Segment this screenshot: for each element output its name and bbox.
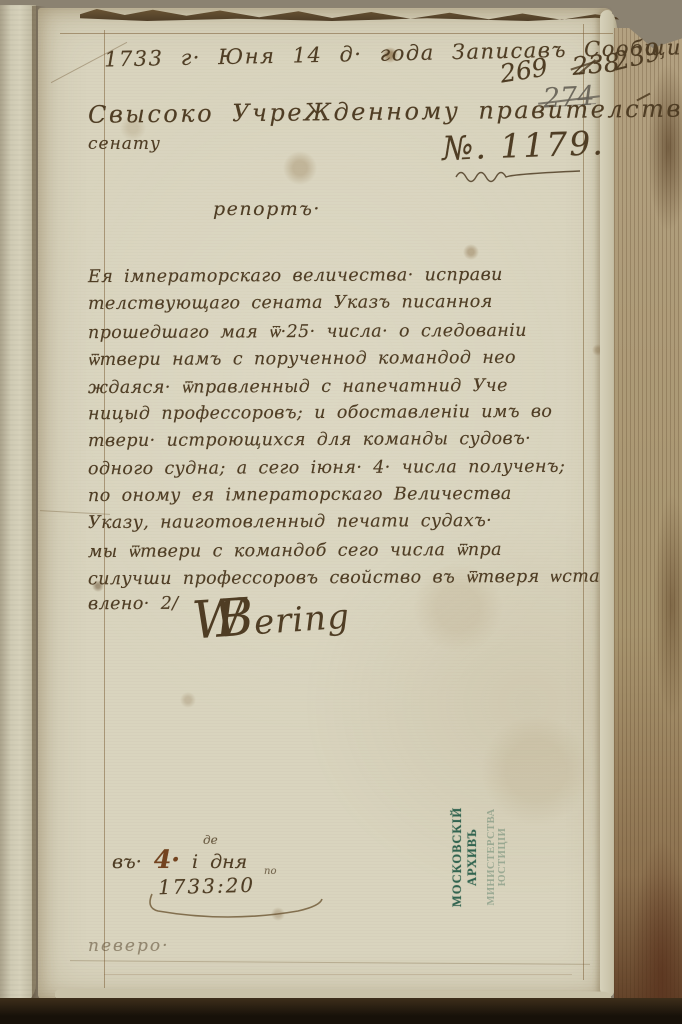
body-line: Указу, наиготовленныд печати судахъ· xyxy=(88,511,492,533)
archive-stamp-line-2: МИНИСТЕРСТВА ЮСТИЦІИ xyxy=(486,787,508,927)
signature-name: ering xyxy=(253,597,351,644)
body-line: ждаяся· ѿправленныд с напечатнид Уче xyxy=(88,375,508,398)
verification-note: певеро· xyxy=(88,936,170,956)
body-line: прошедшаго мая ѿ·25· числа· о следованіи xyxy=(88,320,527,343)
signature-monogram: WB xyxy=(190,587,256,651)
docket-day: 4· xyxy=(154,845,180,874)
docket-flourish xyxy=(138,892,328,922)
body-line: одного судна; а сего іюня· 4· числа полу… xyxy=(88,457,565,479)
body-line: ѿтвери намъ с порученнод командод нео xyxy=(88,347,516,370)
docket-prefix: въ· xyxy=(112,851,142,873)
top-rule xyxy=(60,33,613,34)
document-number: №. 1179. xyxy=(441,123,605,168)
number-flourish xyxy=(452,166,584,184)
body-line: ницыд профессоровъ; и обоставленіи имъ в… xyxy=(88,402,552,424)
archive-stamp: МОСКОВСКІЙ АРХИВЪ МИНИСТЕРСТВА ЮСТИЦІИ xyxy=(444,786,514,926)
docket-month: і дня xyxy=(192,851,247,873)
body-line: по оному ея імператорскаго Величества xyxy=(88,484,512,506)
address-line-2: сенату xyxy=(88,134,161,154)
body-line: телствующаго сената Указъ писанноя xyxy=(88,292,493,314)
bottom-binding xyxy=(0,998,682,1024)
body-line: Ея імператорскаго величества· исправи xyxy=(88,265,503,287)
docket-superscript-po: по xyxy=(264,866,276,877)
body-line: твери· истроющихся для команды судовъ· xyxy=(88,429,531,451)
archive-stamp-line-1: МОСКОВСКІЙ АРХИВЪ xyxy=(450,787,480,927)
bottom-rule xyxy=(104,974,572,975)
bering-signature: WBering xyxy=(190,581,351,652)
facing-page-texture xyxy=(0,5,36,1006)
page-stack-edge xyxy=(614,28,682,1024)
left-margin-rule xyxy=(104,30,105,988)
docket-date: въ· 4· і дня xyxy=(112,845,247,874)
body-line: мы ѿтвери с командоб сего числа ѿпра xyxy=(88,539,502,562)
body-line: влено· 2/ xyxy=(88,594,179,614)
archive-stamp-text: МОСКОВСКІЙ АРХИВЪ МИНИСТЕРСТВА ЮСТИЦІИ xyxy=(444,787,514,927)
report-title: репортъ· xyxy=(213,198,321,220)
